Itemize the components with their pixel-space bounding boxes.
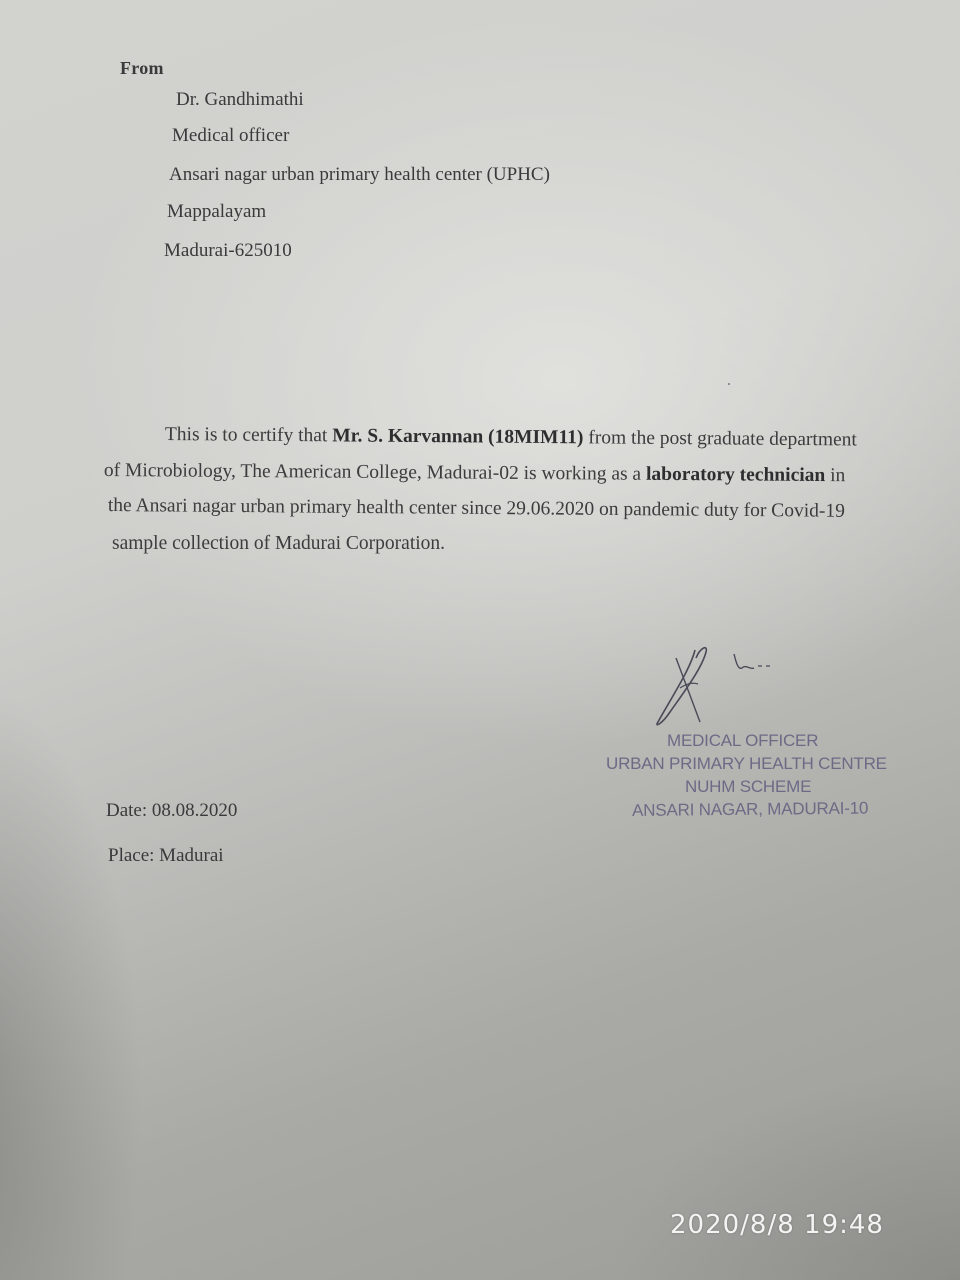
signature — [650, 640, 790, 735]
body-text: in — [825, 465, 845, 486]
from-label: From — [120, 58, 164, 79]
stamp-line-3: NUHM SCHEME — [685, 777, 811, 797]
student-name: Mr. S. Karvannan (18MIM11) — [332, 425, 583, 448]
sender-designation: Medical officer — [172, 125, 289, 147]
sender-institution: Ansari nagar urban primary health center… — [169, 164, 550, 186]
stamp-line-1: MEDICAL OFFICER — [667, 731, 818, 751]
body-line-3: the Ansari nagar urban primary health ce… — [108, 495, 845, 523]
stamp-line-2: URBAN PRIMARY HEALTH CENTRE — [606, 754, 887, 774]
paper-speck — [728, 383, 730, 385]
body-line-1: This is to certify that Mr. S. Karvannan… — [165, 424, 857, 451]
letter-place: Place: Madurai — [108, 845, 224, 867]
body-text: from the post graduate department — [583, 427, 857, 450]
sender-locality: Mappalayam — [167, 201, 266, 223]
body-line-4: sample collection of Madurai Corporation… — [112, 533, 445, 555]
sender-name: Dr. Gandhimathi — [176, 89, 304, 111]
photo-timestamp: 2020/8/8 19:48 — [670, 1210, 884, 1240]
sender-city: Madurai-625010 — [164, 240, 292, 262]
letter-date: Date: 08.08.2020 — [106, 800, 237, 822]
body-text: This is to certify that — [165, 424, 333, 446]
paper-shadow — [0, 0, 960, 1280]
body-text: of Microbiology, The American College, M… — [104, 460, 646, 485]
job-title: laboratory technician — [646, 464, 825, 486]
body-line-2: of Microbiology, The American College, M… — [104, 460, 846, 487]
stamp-line-4: ANSARI NAGAR, MADURAI-10 — [632, 799, 868, 821]
